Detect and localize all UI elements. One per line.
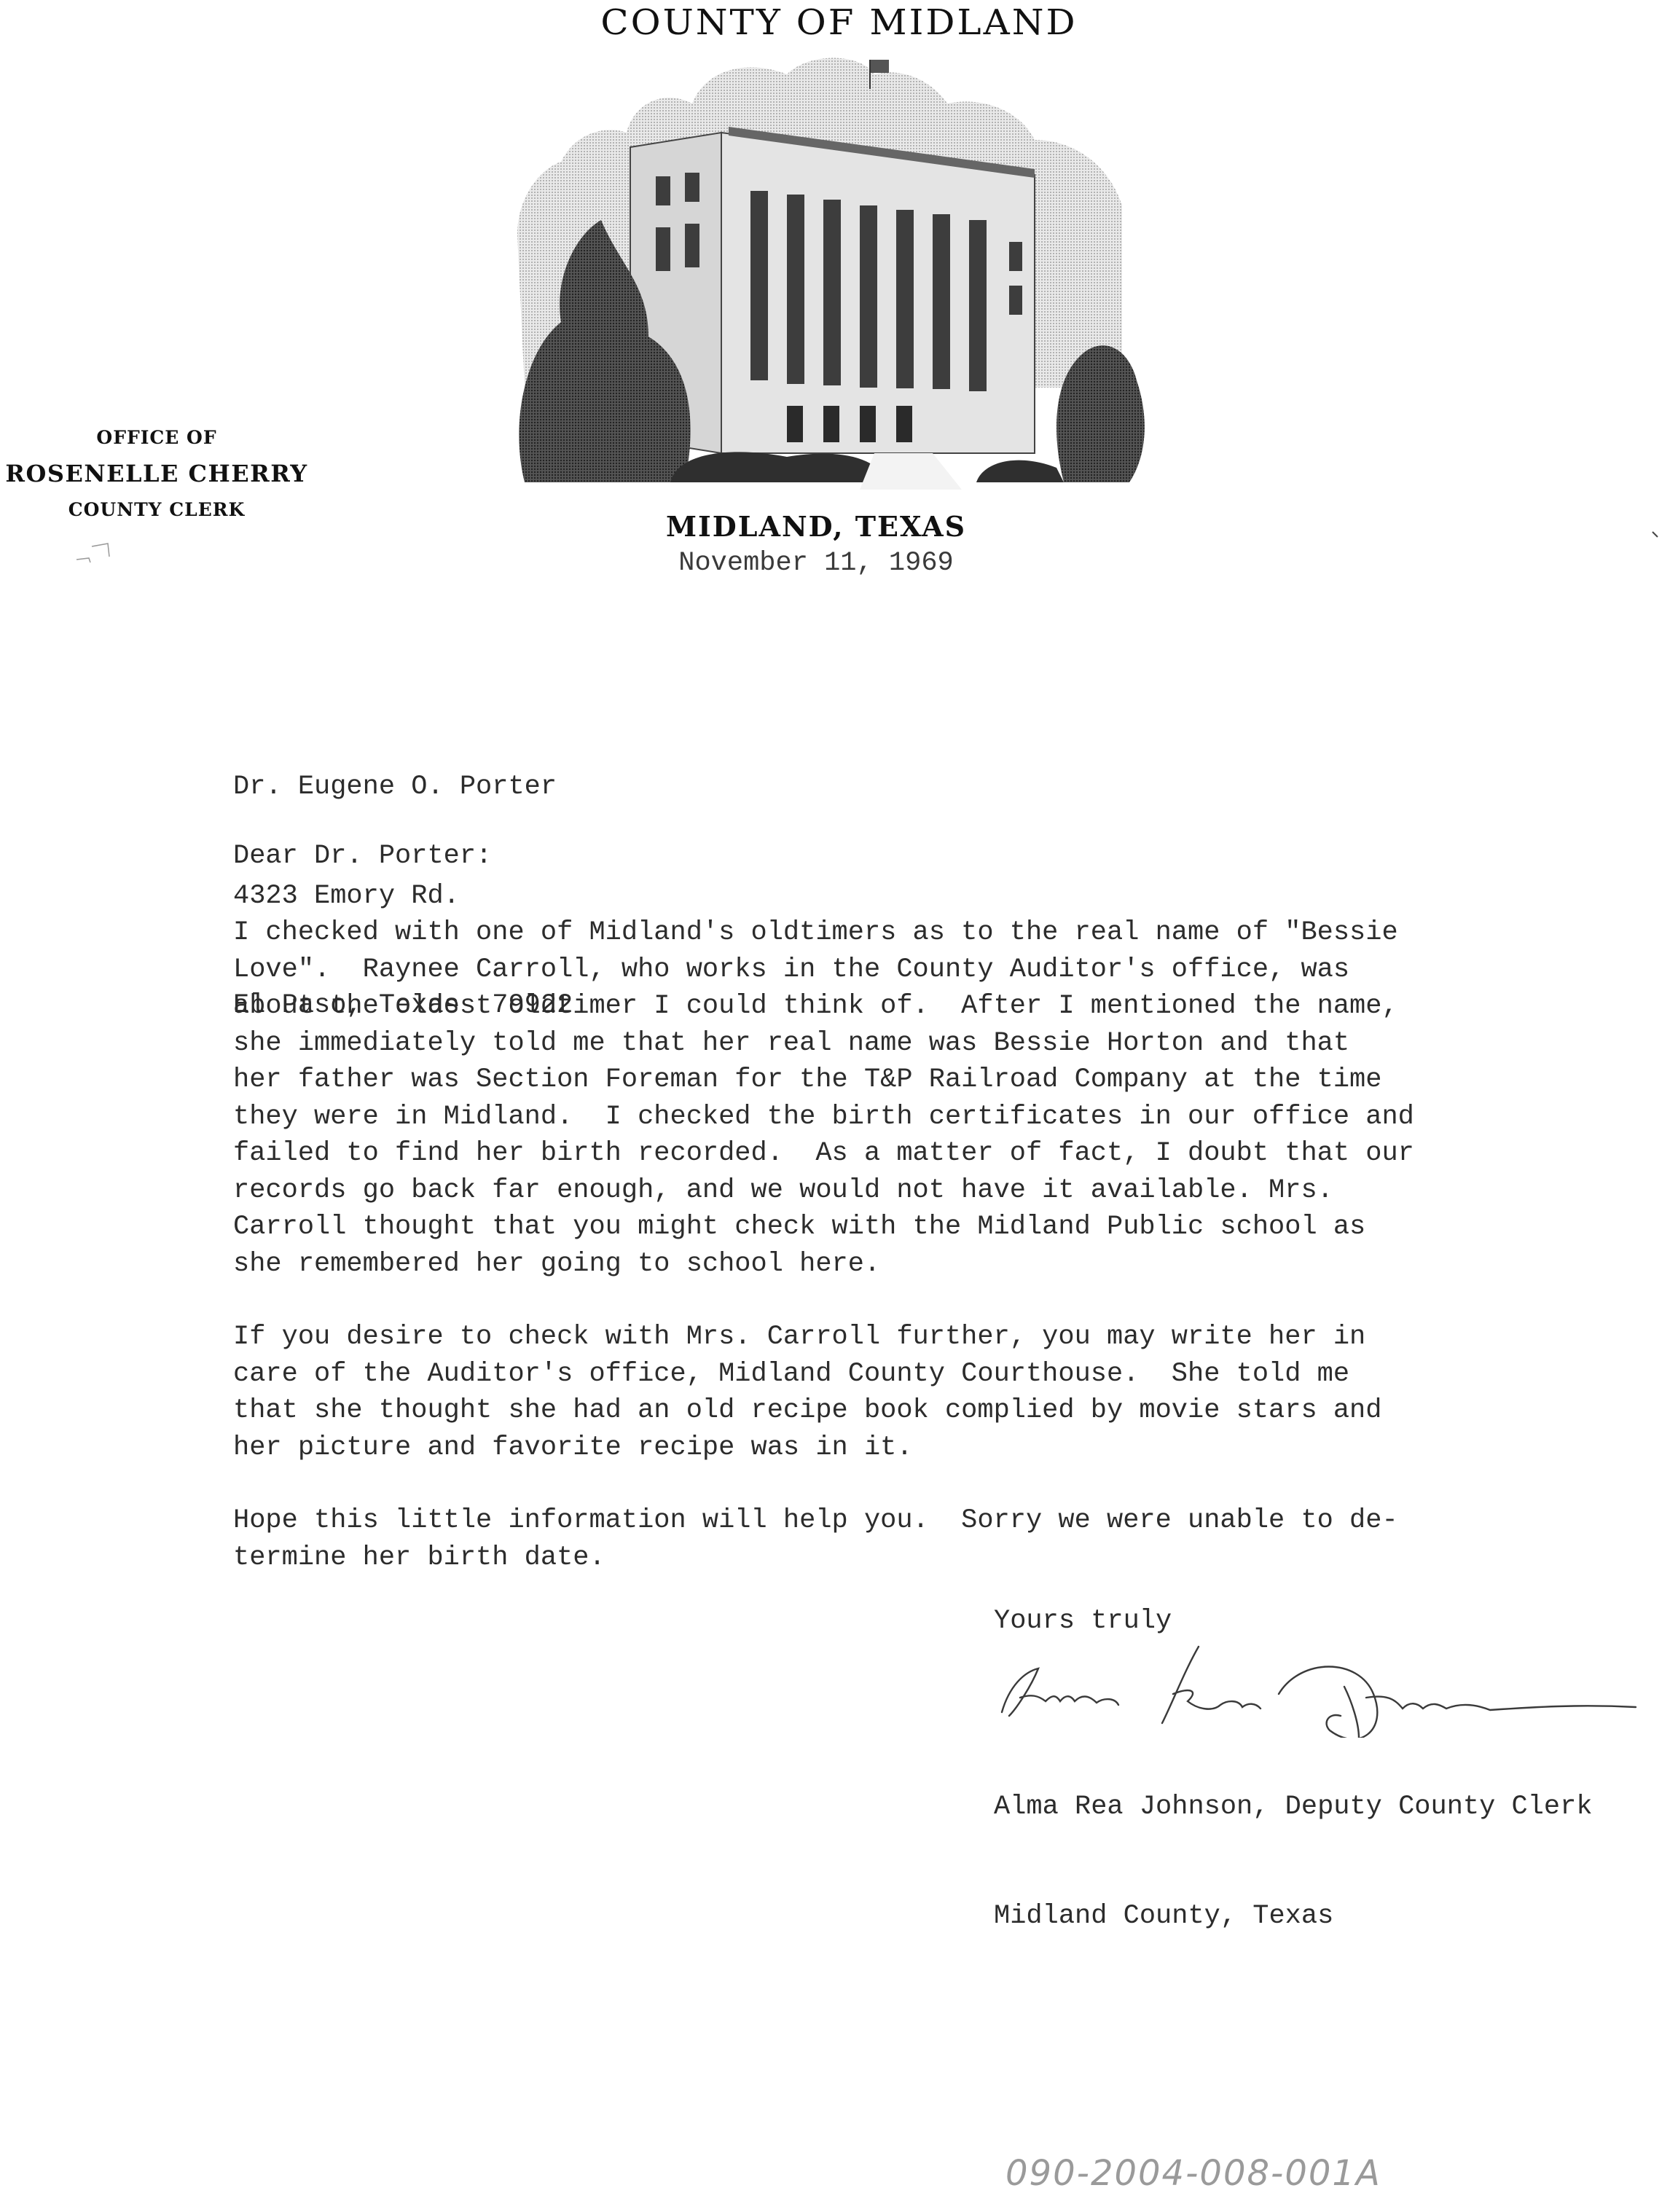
office-of-label: OFFICE OF (0, 427, 313, 448)
letterhead-title: COUNTY OF MIDLAND (0, 2, 1678, 42)
letter-body: I checked with one of Midland's oldtimer… (233, 914, 1603, 1612)
stray-mark-icon (1651, 530, 1661, 541)
body-line: Hope this little information will help y… (233, 1502, 1603, 1540)
office-block: OFFICE OF ROSENELLE CHERRY COUNTY CLERK (0, 427, 313, 520)
signer-block: Alma Rea Johnson, Deputy County Clerk Mi… (994, 1716, 1593, 1971)
body-line: records go back far enough, and we would… (233, 1172, 1603, 1209)
body-paragraph: I checked with one of Midland's oldtimer… (233, 914, 1603, 1282)
body-line: Love". Raynee Carroll, who works in the … (233, 952, 1603, 989)
clerk-title: COUNTY CLERK (0, 499, 313, 520)
body-line: she remembered her going to school here. (233, 1246, 1603, 1283)
signer-organization: Midland County, Texas (994, 1898, 1593, 1934)
body-line: If you desire to check with Mrs. Carroll… (233, 1319, 1603, 1356)
signer-name-title: Alma Rea Johnson, Deputy County Clerk (994, 1789, 1593, 1825)
body-line: termine her birth date. (233, 1540, 1603, 1577)
letterhead-city: MIDLAND, TEXAS (634, 510, 998, 543)
body-paragraph: If you desire to check with Mrs. Carroll… (233, 1319, 1603, 1466)
body-line: she immediately told me that her real na… (233, 1025, 1603, 1062)
clerk-name: ROSENELLE CHERRY (0, 460, 313, 487)
archive-number: 090-2004-008-001A (1005, 2153, 1381, 2194)
body-line: Carroll thought that you might check wit… (233, 1209, 1603, 1246)
body-line: about the oldest oldtimer I could think … (233, 988, 1603, 1025)
body-line: care of the Auditor's office, Midland Co… (233, 1356, 1603, 1393)
recipient-street: 4323 Emory Rd. (233, 878, 573, 914)
body-paragraph: Hope this little information will help y… (233, 1502, 1603, 1576)
salutation: Dear Dr. Porter: (233, 838, 492, 874)
recipient-name: Dr. Eugene O. Porter (233, 769, 573, 805)
courthouse-illustration (481, 45, 1158, 490)
closing: Yours truly (994, 1603, 1172, 1639)
letter-date: November 11, 1969 (634, 545, 998, 581)
body-line: I checked with one of Midland's oldtimer… (233, 914, 1603, 952)
body-line: they were in Midland. I checked the birt… (233, 1099, 1603, 1136)
pencil-mark-icon (73, 539, 117, 568)
body-line: her picture and favorite recipe was in i… (233, 1429, 1603, 1467)
body-line: failed to find her birth recorded. As a … (233, 1135, 1603, 1172)
body-line: her father was Section Foreman for the T… (233, 1062, 1603, 1099)
body-line: that she thought she had an old recipe b… (233, 1392, 1603, 1429)
